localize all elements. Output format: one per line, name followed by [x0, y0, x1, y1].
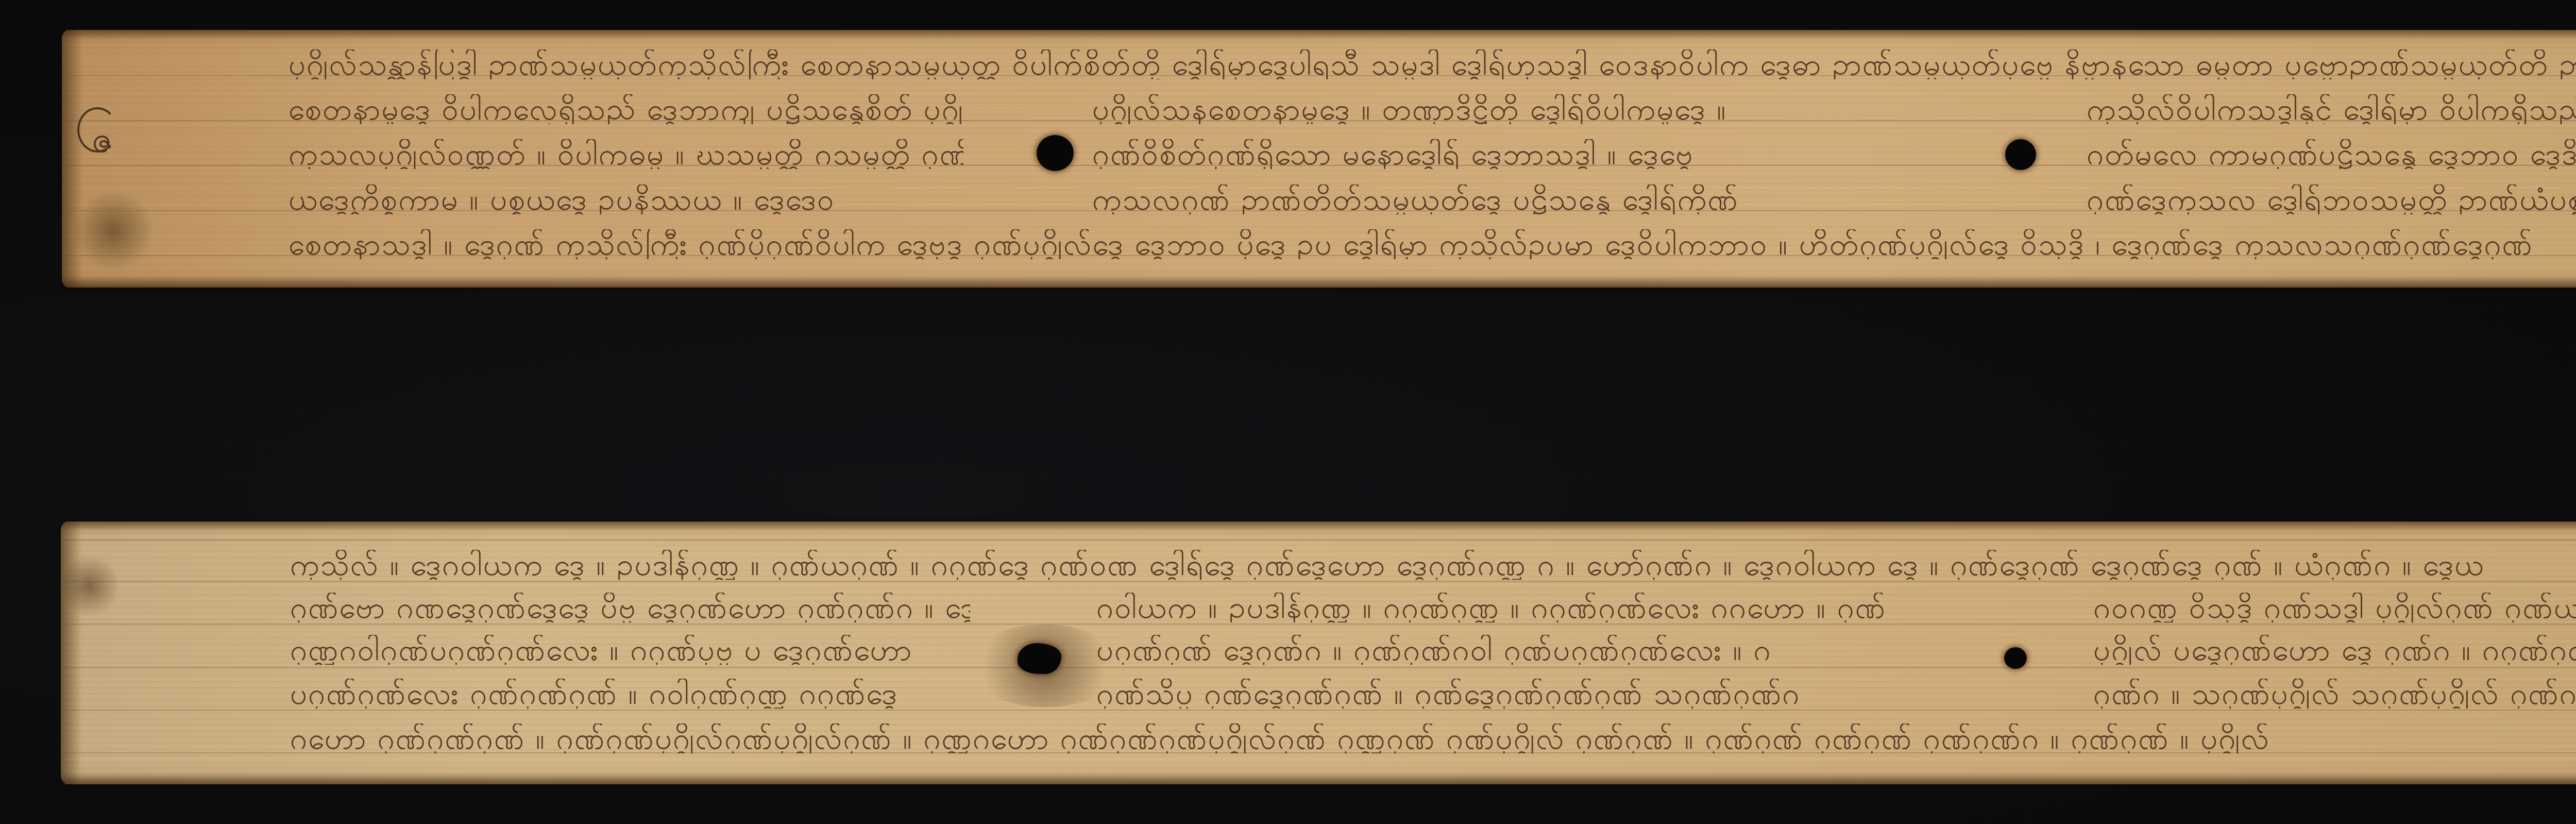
string-hole [1037, 135, 1074, 171]
text-line-2-col-3: ကုသိုလ်ဝိပါကသဒ္ဒါနှင့် ဒွေါရ်မှာ ဝိပါကရှ… [2087, 94, 2576, 124]
text-line-4-col-3: ဂုဏ်ဂ ။ သဂုဏ်ပုဂ္ဂိုလ် သဂုဏ်ပုဂ္ဂိုလ် ဂု… [2093, 679, 2576, 709]
text-line-4-col-1: ယဒ္ဒွေကိစ္စကာမ ။ ပစ္စယဒွေ ဥပနိဿယ ။ ဒွေဒေ… [289, 184, 963, 214]
palm-leaf-folio-bottom: ကုသိုလ် ။ ဒွေဂဝါယက ဒွေ ။ ဥပဒါန်ဂုဏ္ဍ ။ ဂ… [61, 522, 2576, 784]
palm-leaf-folio-top: ဇ ပုဂ္ဂိုလ်သန္တာန်ပြဒ္ဒါ ဥာဏ်သမ္ပယုတ်ကုသ… [62, 30, 2576, 288]
string-hole [2005, 139, 2036, 170]
text-line-2-col-1: စေတနာမှုဒွေ ဝိပါကလေ့ရှိသည် ဒွေဘာကျ ပဋိသန… [289, 94, 963, 124]
folio-number: ဇ [92, 122, 113, 158]
text-line-1: ကုသိုလ် ။ ဒွေဂဝါယက ဒွေ ။ ဥပဒါန်ဂုဏ္ဍ ။ ဂ… [290, 550, 2576, 580]
text-line-2-col-1: ဂုဏ်ဗော ဂဏဒွေဂုဏ်ဒွေဒွေ ပိဗ္ဗ ဒွေဂုဏ်ဟော… [290, 593, 970, 623]
text-line-3-col-1: ဂုဏ္ဍဂဝါဂုဏ်ပဂုဏ်ဂုဏ်လေး ။ ဂဂုဏ်ပုဗ္ဗ ပ … [290, 635, 970, 665]
text-line-3-col-2: ပဂုဏ်ဂုဏ် ဒွေဂုဏ်ဂ ။ ဂုဏ်ဂုဏ်ဂဝါ ဂုဏ်ပဂု… [1096, 635, 1962, 665]
ruling-line [61, 624, 2576, 625]
ruling-line [61, 710, 2576, 711]
text-line-4-col-3: ဂုဏ်ဒွေကုသလ ဒွေါရ်ဘဝသမ္ပတ္တိ ဥာဏ်ယံပစ္စယ… [2087, 184, 2576, 214]
string-hole-damaged [1018, 643, 1061, 674]
text-line-5: ဂဟော ဂုဏ်ဂုဏ်ဂုဏ် ။ ဂုဏ်ဂုဏ်ပုဂ္ဂိုလ်ဂုဏ… [290, 724, 2576, 753]
text-line-3-col-2: ဂုဏ်ဝိစိတ်ဂုဏ်ရှိသော မနောဒွေါရ် ဒွေဘာသဒ္… [1092, 139, 1984, 169]
text-line-1: ပုဂ္ဂိုလ်သန္တာန်ပြဒ္ဒါ ဥာဏ်သမ္ပယုတ်ကုသို… [289, 49, 2576, 79]
stain [72, 190, 155, 272]
text-line-3-col-3: ပုဂ္ဂိုလ် ပဒွေဂုဏ်ဟော ဒွေ ဂုဏ်ဂ ။ ဂဂုဏ်ဂ… [2093, 635, 2576, 665]
text-line-3-col-1: ကုသလပုဂ္ဂိုလ်ဝဏ္ဏတ် ။ ဝိပါကဓမ္မ ။ ဃသမ္ပတ… [289, 139, 963, 169]
ruling-line [61, 540, 2576, 541]
text-line-4-col-2: ကုသလဂုဏ် ဥာဏ်တိတ်သမ္ပယုတ်ဒွေ ပဋိသန္ဓေ ဒွ… [1092, 184, 1984, 214]
text-line-2-col-2: ဂဝါယက ။ ဥပဒါန်ဂုဏ္ဍ ။ ဂဂုဏ်ဂုဏ္ဍ ။ ဂဂုဏ်… [1096, 593, 1962, 623]
text-line-2-col-2: ပုဂ္ဂိုလ်သနစေတနာမှုဒွေ ။ တဏှာဒိဋ္ဌိတို ဒ… [1092, 94, 1984, 124]
text-line-5: စေတနာသဒ္ဓါ ။ ဒွေဂုဏ် ကုသိုလ်ကြီး ဂုဏ်ပို… [289, 229, 2576, 259]
text-line-4-col-2: ဂုဏ်သိပ္ပ ဂုဏ်ဒွေဂုဏ်ဂုဏ် ။ ဂုဏ်ဒွေဂုဏ်ဂ… [1096, 679, 1962, 709]
text-line-4-col-1: ပဂုဏ်ဂုဏ်လေး ဂုဏ်ဂုဏ်ဂုဏ် ။ ဂဝါဂုဏ်ဂုဏ္ဍ… [290, 679, 970, 709]
stain [61, 552, 117, 619]
ruling-line [61, 581, 2576, 582]
string-hole [2004, 647, 2027, 669]
text-line-3-col-3: ဂတ်မလေ ကာမဂုဏ်ပဋိသန္ဓေ ဒွေဘာဝ ဒွေဒိဋ္ဌိ … [2087, 139, 2576, 169]
text-line-2-col-3: ဂဝဂဏ္ဍ ဝိသုဒ္ဓိ ဂုဏ်သဒ္ဓါ ပုဂ္ဂိုလ်ဂုဏ် … [2093, 593, 2576, 623]
ruling-line [61, 667, 2576, 668]
